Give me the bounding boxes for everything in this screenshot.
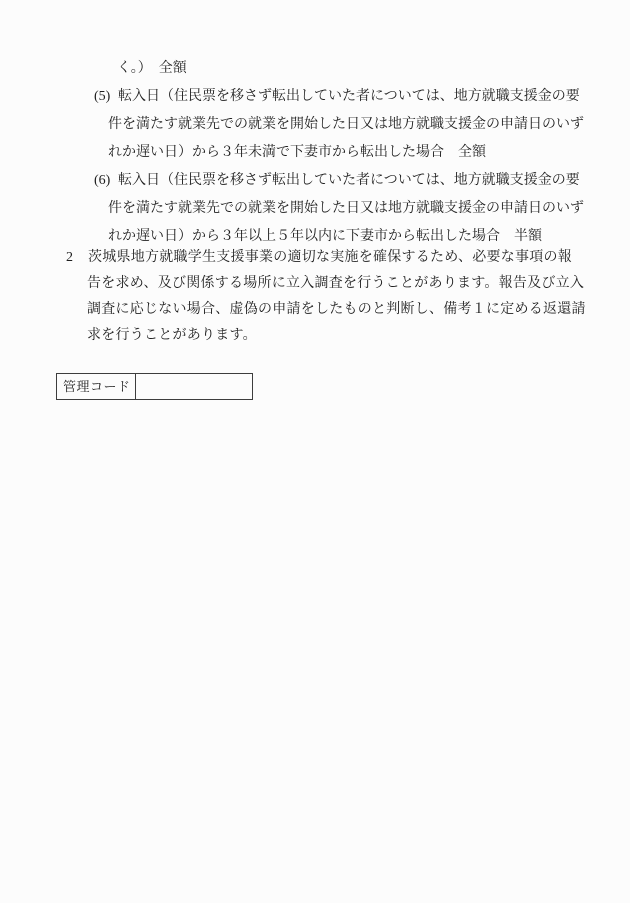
item5-line-3: れか遅い日）から３年未満で下妻市から転出した場合 全額 xyxy=(108,145,486,161)
item6-line-1-text: 転入日（住民票を移さず転出していた者については、地方就職支援金の要 xyxy=(118,173,580,188)
management-code-label: 管理コード xyxy=(57,374,136,399)
clause2-number: 2 xyxy=(66,250,88,266)
clause2-line-1: 2茨城県地方就職学生支援事業の適切な実施を確保するため、必要な事項の報 xyxy=(66,250,572,266)
clause2-line-4: 求を行うことがあります。 xyxy=(87,328,257,344)
item6-line-2-text: 件を満たす就業先での就業を開始した日又は地方就職支援金の申請日のいず xyxy=(108,201,584,216)
item4-continuation-text: く。） 全額 xyxy=(117,61,187,76)
item6-line-1: (6)転入日（住民票を移さず転出していた者については、地方就職支援金の要 xyxy=(94,173,580,189)
item6-line-3-text: れか遅い日）から３年以上５年以内に下妻市から転出した場合 半額 xyxy=(108,229,542,244)
management-code-table: 管理コード xyxy=(56,373,253,400)
clause2-line-3-text: 調査に応じない場合、虚偽の申請をしたものと判断し、備考１に定める返還請 xyxy=(87,302,586,317)
clause2-line-1-text: 茨城県地方就職学生支援事業の適切な実施を確保するため、必要な事項の報 xyxy=(88,250,572,265)
document-page: く。） 全額 (5)転入日（住民票を移さず転出していた者については、地方就職支援… xyxy=(0,0,630,903)
item5-line-1: (5)転入日（住民票を移さず転出していた者については、地方就職支援金の要 xyxy=(94,89,580,105)
clause2-line-3: 調査に応じない場合、虚偽の申請をしたものと判断し、備考１に定める返還請 xyxy=(87,302,586,318)
item5-number: (5) xyxy=(94,89,118,105)
item6-line-2: 件を満たす就業先での就業を開始した日又は地方就職支援金の申請日のいず xyxy=(108,201,584,217)
management-code-value-cell xyxy=(136,374,252,399)
item5-line-2: 件を満たす就業先での就業を開始した日又は地方就職支援金の申請日のいず xyxy=(108,117,584,133)
item6-line-3: れか遅い日）から３年以上５年以内に下妻市から転出した場合 半額 xyxy=(108,229,542,245)
clause2-line-2-text: 告を求め、及び関係する場所に立入調査を行うことがあります。報告及び立入 xyxy=(87,276,584,291)
item5-line-2-text: 件を満たす就業先での就業を開始した日又は地方就職支援金の申請日のいず xyxy=(108,117,584,132)
item5-line-3-text: れか遅い日）から３年未満で下妻市から転出した場合 全額 xyxy=(108,145,486,160)
item4-continuation-line: く。） 全額 xyxy=(117,61,187,77)
clause2-line-2: 告を求め、及び関係する場所に立入調査を行うことがあります。報告及び立入 xyxy=(87,276,584,292)
item5-line-1-text: 転入日（住民票を移さず転出していた者については、地方就職支援金の要 xyxy=(118,89,580,104)
clause2-line-4-text: 求を行うことがあります。 xyxy=(87,328,257,343)
item6-number: (6) xyxy=(94,173,118,189)
